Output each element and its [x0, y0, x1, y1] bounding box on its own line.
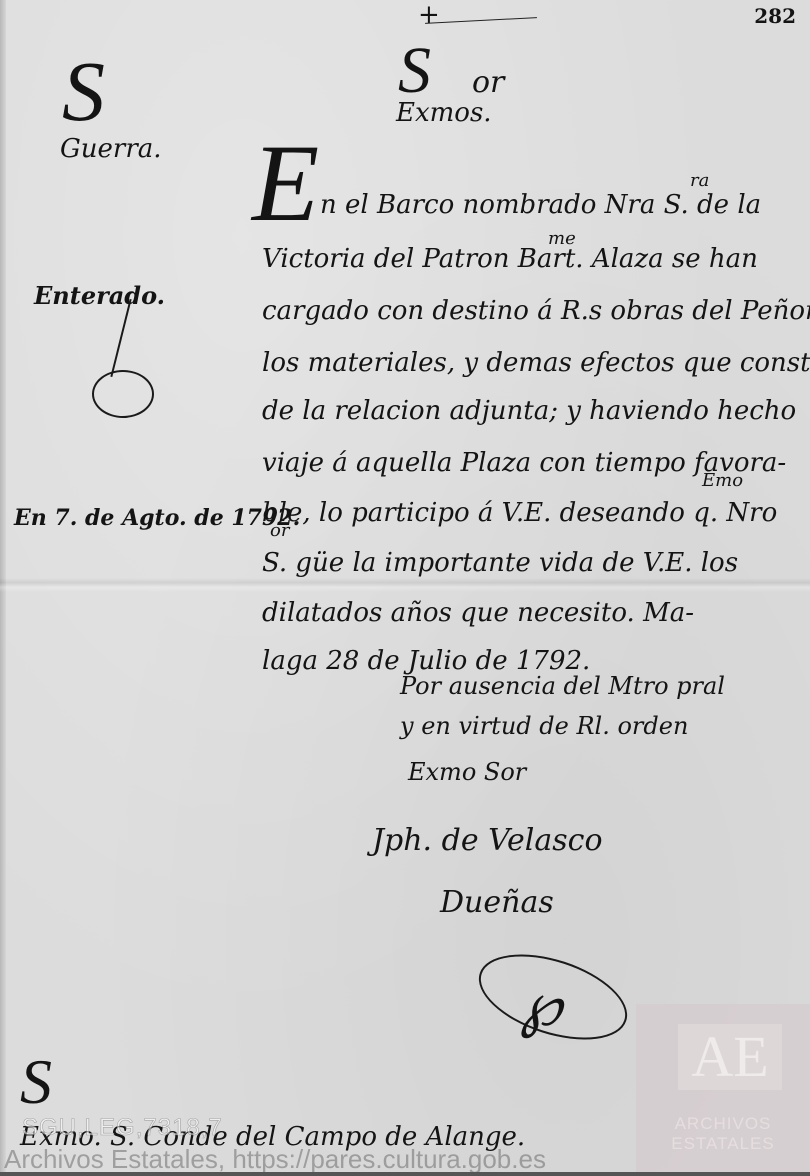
body-line: viaje á aquella Plaza con tiempo favora- — [262, 450, 786, 476]
closing-line: Exmo Sor — [408, 760, 526, 784]
body-line: Victoria del Patron Bart. Alaza se han — [262, 246, 758, 272]
signature-rubric-icon: ℘ — [520, 970, 562, 1040]
manuscript-page: 282 + S Guerra. Enterado. En 7. de Agto.… — [0, 0, 810, 1176]
body-line: n el Barco nombrado Nra S. de la — [320, 192, 761, 218]
heading-initial: S — [398, 38, 431, 104]
page-bottom-edge — [0, 1172, 810, 1176]
body-initial: E — [252, 128, 319, 238]
body-line: S. güe la importante vida de V.E. los — [262, 550, 738, 576]
signature-first-name: Jph. de Velasco — [372, 826, 603, 856]
heading-salutation-sup: or — [472, 68, 504, 98]
addressee-initial: S — [20, 1050, 52, 1114]
body-line: cargado con destino á R.s obras del Peño… — [262, 298, 810, 324]
closing-line: y en virtud de Rl. orden — [400, 714, 688, 738]
margin-section-initial: S — [62, 48, 105, 134]
body-line: ble, lo participo á V.E. deseando q. Nro — [262, 500, 777, 526]
body-line: laga 28 de Julio de 1792. — [262, 648, 590, 674]
superscript-ra: ra — [690, 170, 709, 191]
margin-section-label: Guerra. — [60, 136, 162, 162]
ae-logo-icon: AE — [678, 1024, 782, 1090]
heading-salutation: Exmos. — [396, 100, 492, 126]
archive-reference-watermark: SGU,LEG,7318,7 — [22, 1114, 223, 1142]
rubric-stem-mark — [110, 299, 131, 377]
margin-date: En 7. de Agto. de 1792. — [14, 507, 300, 529]
rubric-flourish-icon — [92, 370, 154, 418]
signature-last-name: Dueñas — [440, 888, 554, 918]
cross-line-divider — [425, 17, 537, 24]
body-line: los materiales, y demas efectos que cons… — [262, 350, 810, 376]
closing-line: Por ausencia del Mtro pral — [400, 674, 725, 698]
logo-text: ARCHIVOS ESTATALES — [644, 1114, 802, 1154]
archive-source-watermark: Archivos Estatales, https://pares.cultur… — [4, 1144, 546, 1175]
paper-fold-crease — [0, 578, 810, 592]
archivos-estatales-logo: AE ARCHIVOS ESTATALES — [636, 1004, 810, 1176]
folio-number: 282 — [754, 6, 796, 26]
cross-mark: + — [418, 2, 440, 28]
body-line: de la relacion adjunta; y haviendo hecho — [262, 398, 796, 424]
body-line: dilatados años que necesito. Ma- — [262, 600, 694, 626]
margin-annotation: Enterado. — [34, 284, 165, 308]
